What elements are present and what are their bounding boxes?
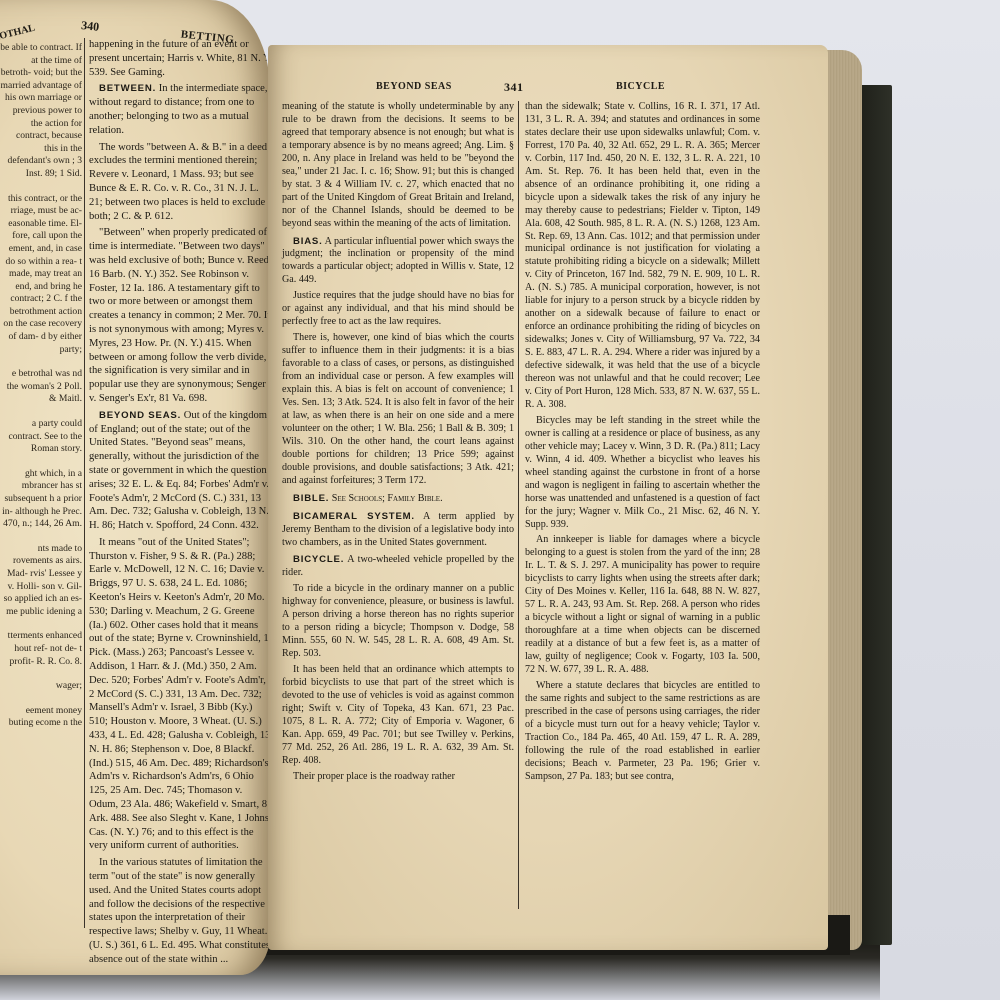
entry-text: Their proper place is the roadway rather [282,771,514,784]
entry-bias: BIAS. A particular influential power whi… [282,236,514,288]
left-main-column: happening in the future of an event or p… [84,38,270,928]
entry-bicameral-system: BICAMERAL SYSTEM. A term applied by Jere… [282,511,514,550]
entry-text: It has been held that an ordinance which… [282,664,514,768]
entry-text: An innkeeper is liable for damages where… [525,534,760,676]
headword: BICAMERAL SYSTEM. [293,511,415,522]
fragment: e betrothal was nd the woman's 2 Poll. &… [0,368,82,406]
left-page: 340 BETTING T, BETROTHAL be able to cont… [0,0,270,975]
headword: BIBLE. [293,493,329,504]
entry-text: The words "between A. & B." in a deed ex… [89,141,270,224]
entry-text: Justice requires that the judge should h… [282,290,514,329]
entry-text: It means "out of the United States"; Thu… [89,536,270,853]
headword: BICYCLE. [293,554,344,565]
fragment: ght which, in a mbrancer has st subseque… [0,468,82,531]
fragment: be able to contract. If at the time of b… [0,42,82,181]
entry-beyond-seas: BEYOND SEAS. Out of the kingdom of Engla… [89,409,270,533]
right-page: BEYOND SEAS 341 BICYCLE meaning of the s… [268,45,828,950]
entry-text: In the various statutes of limitation th… [89,856,270,966]
entry-between: BETWEEN. In the intermediate space, with… [89,82,270,137]
right-page-left-column: meaning of the statute is wholly undeter… [282,101,514,787]
entry-text: meaning of the statute is wholly undeter… [282,101,514,231]
entry-text: Where a statute declares that bicycles a… [525,680,760,784]
entry-text: There is, however, one kind of bias whic… [282,332,514,487]
running-head-beyond-seas: BEYOND SEAS [376,81,452,92]
fragment: eement money buting ecome n the [0,705,82,730]
running-head-bicycle: BICYCLE [616,81,665,92]
page-number-left: 340 [80,18,99,35]
entry-text: Bicycles may be left standing in the str… [525,415,760,532]
fragment: nts made to rovements as airs. Mad- rvis… [0,543,82,619]
left-margin-column: be able to contract. If at the time of b… [0,42,82,742]
entry-text: happening in the future of an event or p… [89,38,270,79]
headword: BIAS. [293,236,323,247]
right-page-right-column: than the sidewalk; State v. Collins, 16 … [518,101,760,909]
entry-bicycle: BICYCLE. A two-wheeled vehicle propelled… [282,554,514,580]
headword: BEYOND SEAS. [99,410,181,421]
left-running-head: 340 BETTING T, BETROTHAL [82,18,270,39]
fragment: tterments enhanced hout ref- not de- t p… [0,630,82,668]
entry-text: than the sidewalk; State v. Collins, 16 … [525,101,760,412]
fragment: a party could contract. See to the Roman… [0,418,82,456]
headword: BETWEEN. [99,83,156,94]
entry-text: "Between" when properly predicated of ti… [89,226,270,405]
fragment: wager; [0,680,82,693]
fragment: this contract, or the rriage, must be ac… [0,193,82,357]
right-running-head: BEYOND SEAS 341 BICYCLE [268,81,828,95]
page-number-right: 341 [504,80,524,95]
entry-text: To ride a bicycle in the ordinary manner… [282,583,514,661]
entry-bible: BIBLE. See Schools; Family Bible. [282,493,514,506]
